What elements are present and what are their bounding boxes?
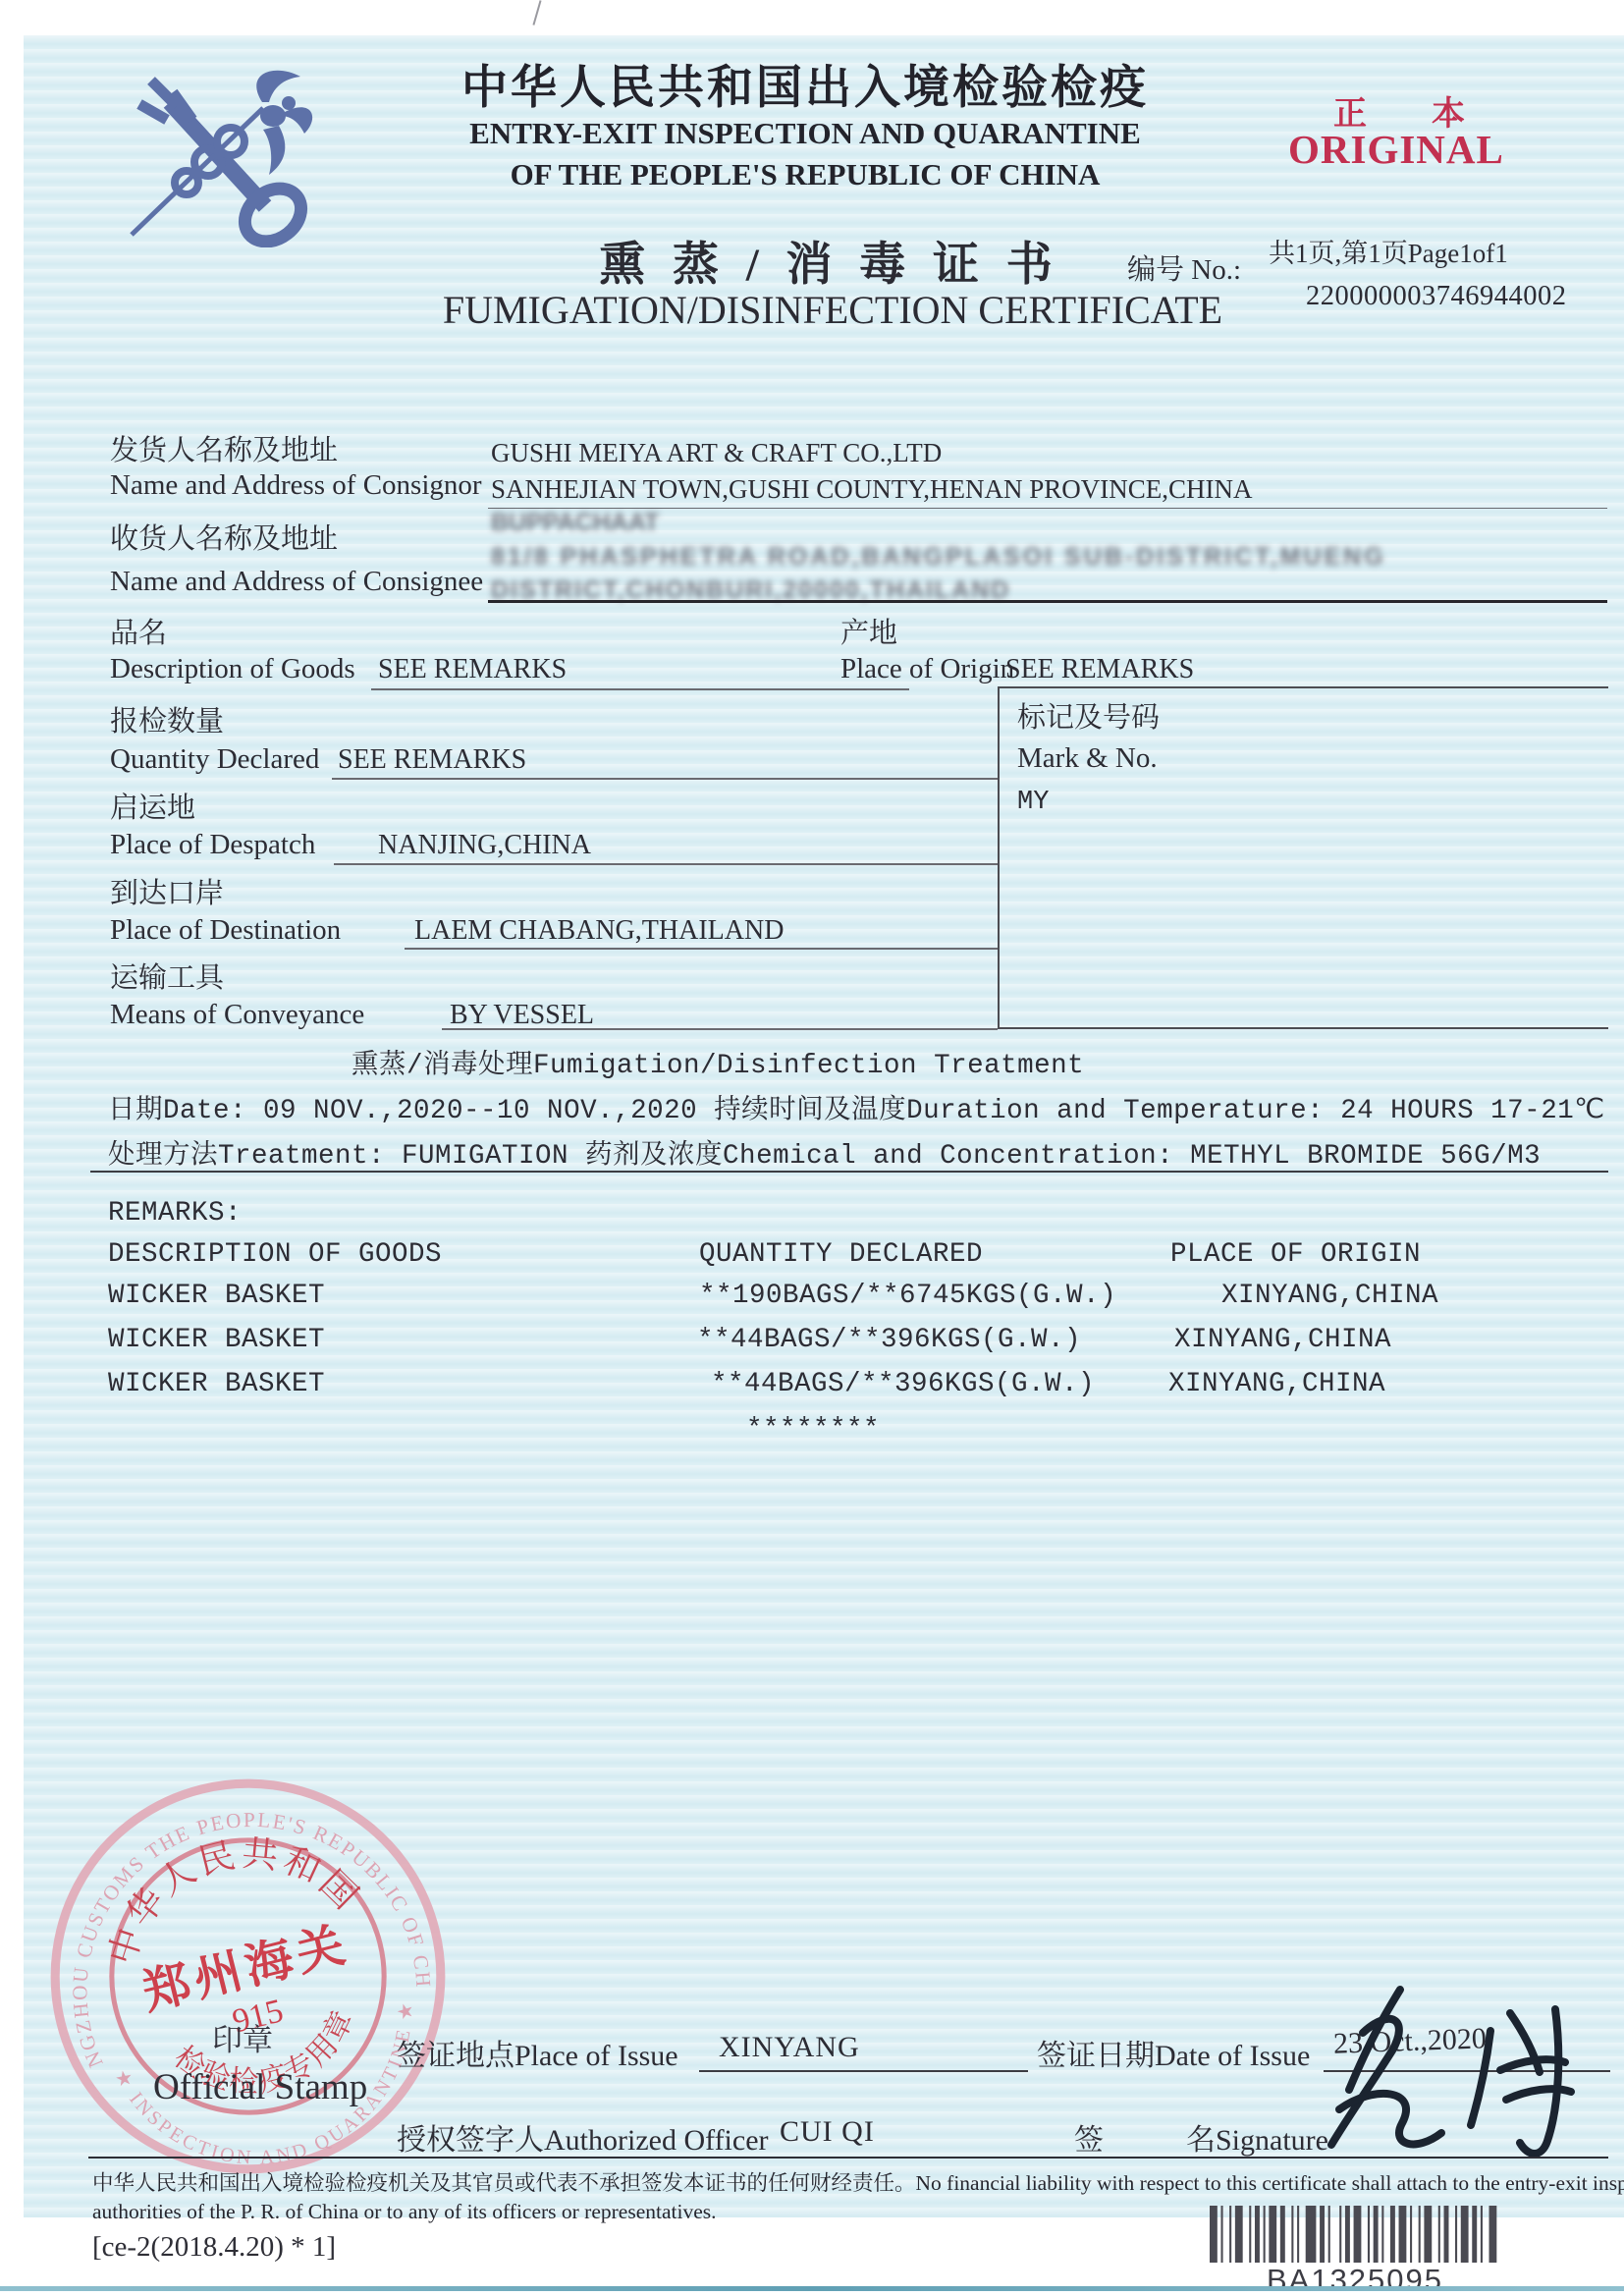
origin-label-en: Place of Origin (840, 653, 1014, 685)
consignor-value-line2: SANHEJIAN TOWN,GUSHI COUNTY,HENAN PROVIN… (491, 474, 1253, 505)
date-of-issue-label: 签证日期Date of Issue (1037, 2031, 1310, 2074)
despatch-label-cn: 启运地 (110, 786, 195, 826)
scan-artifact-mark (532, 0, 541, 26)
remarks-row-description: WICKER BASKET (108, 1281, 325, 1311)
treatment-section-title: 熏蒸/消毒处理Fumigation/Disinfection Treatment (352, 1041, 1084, 1081)
certificate-title-cn: 熏 蒸 / 消 毒 证 书 (545, 228, 1114, 294)
mark-value: MY (1017, 788, 1049, 817)
quantity-underline (332, 778, 998, 780)
goods-label-en: Description of Goods (110, 653, 355, 685)
remarks-row-description: WICKER BASKET (108, 1325, 325, 1355)
place-of-issue-value: XINYANG (719, 2031, 860, 2064)
stamp-printed-label-cn: 印章 (212, 2015, 273, 2059)
stamp-printed-label-en: Official Stamp (153, 2066, 367, 2108)
certificate-number: 220000003746944002 (1306, 281, 1567, 312)
conveyance-label-en: Means of Conveyance (110, 999, 364, 1031)
place-of-issue-label: 签证地点Place of Issue (397, 2031, 678, 2074)
goods-label-cn: 品名 (110, 611, 167, 651)
header-title-en-line1: ENTRY-EXIT INSPECTION AND QUARANTINE (393, 116, 1218, 151)
goods-underline (371, 688, 909, 690)
quantity-value: SEE REMARKS (338, 744, 526, 776)
quantity-label-en: Quantity Declared (110, 743, 319, 776)
despatch-value: NANJING,CHINA (378, 830, 591, 861)
remarks-title: REMARKS: (108, 1198, 242, 1229)
header-title-en-line2: OF THE PEOPLE'S REPUBLIC OF CHINA (393, 157, 1218, 192)
header-title-cn: 中华人民共和国出入境检验检疫 (412, 51, 1198, 117)
disclaimer-line2: authorities of the P. R. of China or to … (92, 2200, 717, 2224)
consignee-value-redacted-line2: 81/8 PHASPHETRA ROAD,BANGPLASOI SUB-DIST… (491, 543, 1386, 572)
conveyance-label-cn: 运输工具 (110, 956, 224, 996)
remarks-row-quantity: **190BAGS/**6745KGS(G.W.) (699, 1281, 1116, 1311)
certificate-title-en: FUMIGATION/DISINFECTION CERTIFICATE (410, 287, 1255, 333)
footer-separator-line (88, 2157, 1608, 2159)
quantity-label-cn: 报检数量 (110, 699, 224, 739)
certificate-no-label: 编号 No.: (1127, 247, 1241, 288)
remarks-col-origin: PLACE OF ORIGIN (1170, 1239, 1421, 1270)
page-info: 共1页,第1页Page1of1 (1269, 232, 1508, 270)
place-of-issue-underline (699, 2070, 1028, 2072)
mark-box-bottom-line (998, 1027, 1608, 1029)
consignee-label-cn: 收货人名称及地址 (110, 517, 338, 557)
consignee-underline (488, 600, 1607, 603)
authorized-officer-label: 授权签字人Authorized Officer (397, 2115, 769, 2159)
authorized-officer-value: CUI QI (780, 2115, 875, 2149)
remarks-end-marker: ******** (746, 1414, 880, 1445)
destination-underline (405, 948, 998, 950)
signature-label-cn: 签 (1074, 2115, 1104, 2159)
remarks-col-description: DESCRIPTION OF GOODS (108, 1239, 442, 1270)
despatch-underline (334, 863, 998, 865)
barcode (1210, 2206, 1500, 2263)
official-stamp-seal: ZHENGZHOU CUSTOMS THE PEOPLE'S REPUBLIC … (39, 1768, 457, 2185)
handwritten-signature (1306, 1976, 1600, 2167)
remarks-row-quantity: **44BAGS/**396KGS(G.W.) (711, 1369, 1095, 1399)
origin-value: SEE REMARKS (1005, 654, 1194, 685)
remarks-row-quantity: **44BAGS/**396KGS(G.W.) (697, 1325, 1081, 1355)
china-entry-exit-inspection-quarantine-emblem-icon (116, 61, 317, 247)
consignor-label-en: Name and Address of Consignor (110, 469, 482, 502)
consignee-value-redacted-line1: BUPPACHAAT (491, 509, 659, 537)
consignor-label-cn: 发货人名称及地址 (110, 428, 338, 468)
mark-label-en: Mark & No. (1017, 742, 1158, 775)
despatch-label-en: Place of Despatch (110, 829, 315, 861)
remarks-row-origin: XINYANG,CHINA (1168, 1369, 1385, 1399)
disclaimer-line1: 中华人民共和国出入境检验检疫机关及其官员或代表不承担签发本证书的任何财经责任。N… (92, 2166, 1624, 2197)
treatment-method-line: 处理方法Treatment: FUMIGATION 药剂及浓度Chemical … (108, 1131, 1541, 1172)
remarks-row-origin: XINYANG,CHINA (1221, 1281, 1438, 1311)
form-code: [ce-2(2018.4.20) * 1] (92, 2231, 336, 2264)
treatment-date-line: 日期Date: 09 NOV.,2020--10 NOV.,2020 持续时间及… (108, 1086, 1605, 1126)
fumigation-certificate-scan: { "header": { "cn_title": "中华人民共和国出入境检验检… (0, 0, 1624, 2296)
destination-label-cn: 到达口岸 (110, 871, 224, 911)
origin-label-cn: 产地 (840, 611, 897, 651)
remarks-row-origin: XINYANG,CHINA (1174, 1325, 1391, 1355)
scan-bottom-edge (0, 2286, 1624, 2291)
mark-label-cn: 标记及号码 (1017, 695, 1160, 736)
conveyance-underline (442, 1028, 998, 1030)
mark-box-left-line (998, 686, 1000, 1029)
remarks-col-quantity: QUANTITY DECLARED (699, 1239, 983, 1270)
conveyance-value: BY VESSEL (450, 1000, 594, 1031)
remarks-row-description: WICKER BASKET (108, 1369, 325, 1399)
original-label-en: ORIGINAL (1288, 126, 1504, 173)
goods-value: SEE REMARKS (378, 654, 567, 685)
consignee-label-en: Name and Address of Consignee (110, 566, 483, 598)
consignor-value-line1: GUSHI MEIYA ART & CRAFT CO.,LTD (491, 438, 942, 468)
treatment-separator-line (90, 1171, 1608, 1173)
destination-value: LAEM CHABANG,THAILAND (414, 915, 784, 947)
destination-label-en: Place of Destination (110, 914, 341, 947)
mark-box-top-line (998, 686, 1608, 688)
